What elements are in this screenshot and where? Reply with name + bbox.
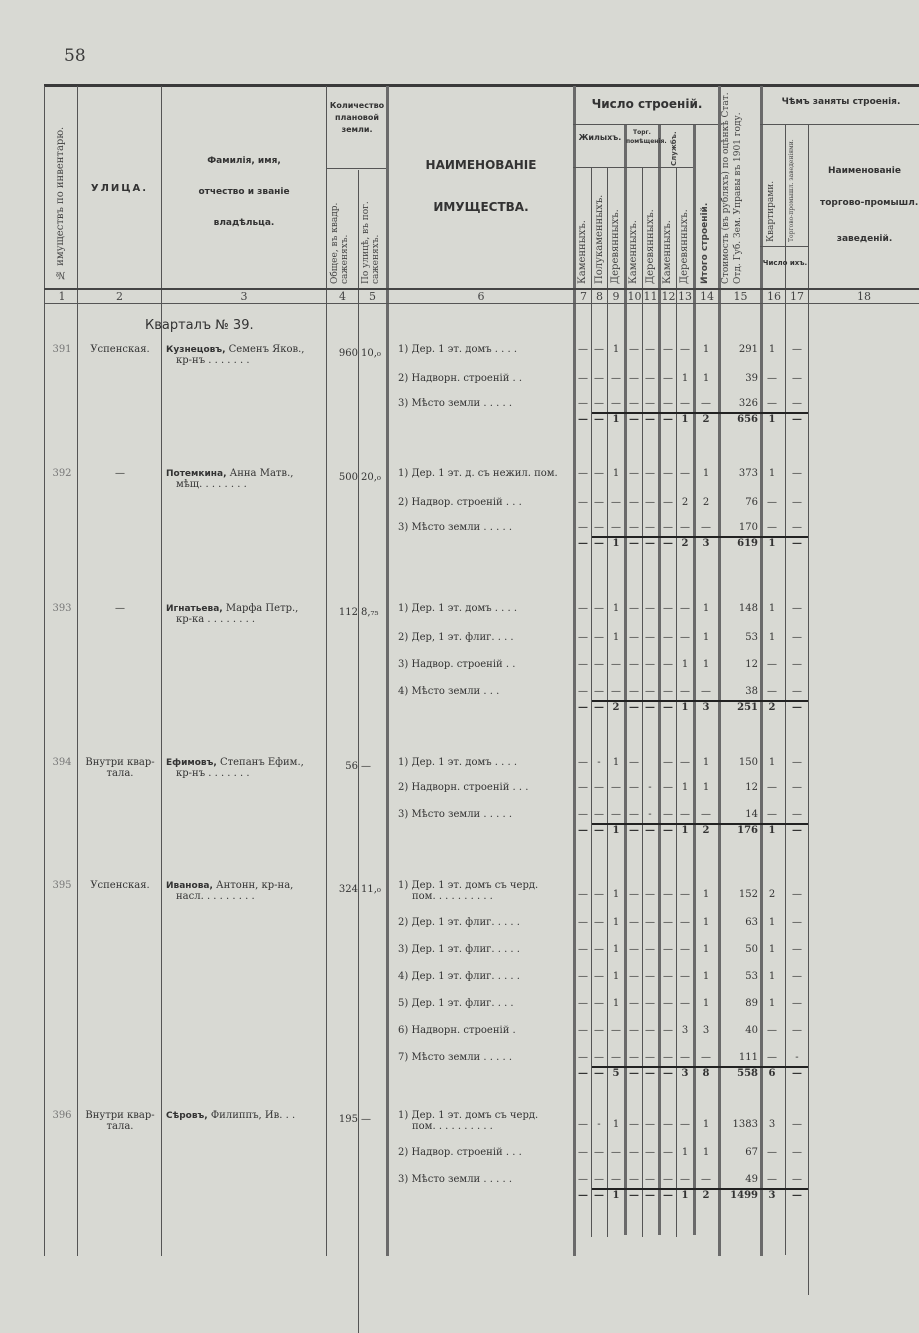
street: — <box>80 603 160 614</box>
total-apartments: 3 <box>765 1190 779 1201</box>
apartments-count: 1 <box>765 917 779 928</box>
column-number: 5 <box>359 290 386 303</box>
building-count: — <box>576 1119 590 1130</box>
trade-count: — <box>790 1147 804 1158</box>
building-count: 2 <box>699 497 713 508</box>
header-street-length: По улицѣ, въ пог. саженяхъ. <box>361 172 385 284</box>
property-item: 3) Мѣсто земли . . . . . <box>398 522 512 533</box>
total-building-count: — <box>627 702 641 713</box>
col-divider <box>77 86 78 1256</box>
building-count: — <box>661 497 675 508</box>
building-count: — <box>576 889 590 900</box>
total-building-count: — <box>643 538 657 549</box>
total-building-count: — <box>643 1068 657 1079</box>
cost-value: 373 <box>718 468 758 479</box>
building-count: 1 <box>678 782 692 793</box>
header-inventory-number: № имуществъ по инвентарю. <box>55 100 66 280</box>
trade-count: - <box>790 1052 804 1063</box>
header-col7: Каменныхъ. <box>577 172 588 284</box>
building-count: — <box>643 659 657 670</box>
table-top-border <box>44 84 919 87</box>
total-building-count: — <box>592 414 606 425</box>
building-count: — <box>627 468 641 479</box>
apartments-count: — <box>765 1052 779 1063</box>
building-count: — <box>699 809 713 820</box>
building-count: — <box>643 497 657 508</box>
cost-value: 49 <box>718 1174 758 1185</box>
header-divider <box>326 168 386 169</box>
cost-value: 1383 <box>718 1119 758 1130</box>
total-building-count: — <box>592 702 606 713</box>
total-cost: 558 <box>718 1068 758 1079</box>
building-count: — <box>643 1147 657 1158</box>
total-area: 56 <box>328 761 358 772</box>
building-count: — <box>627 659 641 670</box>
building-count: — <box>627 889 641 900</box>
building-count: — <box>627 1119 641 1130</box>
cost-value: 170 <box>718 522 758 533</box>
property-item: 1) Дер. 1 эт. домъ съ черд. <box>398 880 538 891</box>
building-count: — <box>661 344 675 355</box>
header-divider <box>760 246 808 247</box>
trade-count: — <box>790 344 804 355</box>
property-item: 1) Дер. 1 эт. д. съ нежил. пом. <box>398 468 558 479</box>
owner-name: Сѣровъ, Филиппъ, Ив. . . <box>166 1110 324 1121</box>
building-count: — <box>678 944 692 955</box>
total-building-count: — <box>643 702 657 713</box>
building-count: — <box>643 971 657 982</box>
cost-value: 111 <box>718 1052 758 1063</box>
column-number: 7 <box>576 290 591 303</box>
building-count: — <box>627 398 641 409</box>
building-count: 1 <box>699 1119 713 1130</box>
building-count: — <box>661 468 675 479</box>
building-count: — <box>661 1119 675 1130</box>
property-item: 6) Надворн. строеній . <box>398 1025 516 1036</box>
building-count: — <box>661 632 675 643</box>
street-length: — <box>361 761 386 772</box>
total-area: 112 <box>328 607 358 618</box>
total-building-count: 2 <box>699 825 713 836</box>
cost-value: 12 <box>718 782 758 793</box>
owner-name: Ефимовъ, Степанъ Ефим., <box>166 757 324 768</box>
property-item: 4) Дер. 1 эт. флиг. . . . . <box>398 971 520 982</box>
cost-value: 152 <box>718 889 758 900</box>
building-count: — <box>661 522 675 533</box>
trade-count: — <box>790 1174 804 1185</box>
property-item: 3) Дер. 1 эт. флиг. . . . . <box>398 944 520 955</box>
total-building-count: — <box>661 825 675 836</box>
building-count: — <box>627 1025 641 1036</box>
cost-value: 291 <box>718 344 758 355</box>
building-count: — <box>661 1174 675 1185</box>
building-count: — <box>592 497 606 508</box>
owner-surname: Иванова, <box>166 881 216 891</box>
building-count: — <box>678 998 692 1009</box>
building-count: — <box>627 373 641 384</box>
building-count: — <box>627 782 641 793</box>
owner-estate: насл. . . . . . . . . <box>176 891 324 902</box>
cost-value: 89 <box>718 998 758 1009</box>
column-number: 4 <box>327 290 358 303</box>
building-count: — <box>627 632 641 643</box>
property-item: 2) Надворн. строеній . . <box>398 373 522 384</box>
property-item: 5) Дер. 1 эт. флиг. . . . <box>398 998 514 1009</box>
building-count: - <box>592 1119 606 1130</box>
owner-surname: Потемкина, <box>166 469 230 479</box>
street-length: 10,₀ <box>361 348 386 359</box>
building-count: — <box>627 497 641 508</box>
apartments-count: 1 <box>765 998 779 1009</box>
col-divider <box>161 86 162 1256</box>
total-building-count: — <box>627 825 641 836</box>
building-count: — <box>592 344 606 355</box>
owner-surname: Ефимовъ, <box>166 758 220 768</box>
building-count: — <box>678 398 692 409</box>
property-item: 3) Мѣсто земли . . . . . <box>398 398 512 409</box>
apartments-count: 1 <box>765 757 779 768</box>
building-count: — <box>661 809 675 820</box>
building-count: — <box>576 1025 590 1036</box>
cost-value: 148 <box>718 603 758 614</box>
building-count: 1 <box>699 603 713 614</box>
building-count: — <box>627 917 641 928</box>
cost-value: 38 <box>718 686 758 697</box>
total-building-count: 1 <box>609 825 623 836</box>
building-count: 1 <box>609 971 623 982</box>
street-continued: тала. <box>80 1121 160 1132</box>
total-building-count: — <box>576 702 590 713</box>
building-count: — <box>592 603 606 614</box>
total-building-count: 5 <box>609 1068 623 1079</box>
building-count: 1 <box>609 344 623 355</box>
building-count: 1 <box>699 468 713 479</box>
building-count: — <box>592 1174 606 1185</box>
building-count: 1 <box>609 889 623 900</box>
building-count: — <box>678 917 692 928</box>
owner-estate: кр-нъ . . . . . . . <box>176 768 324 779</box>
building-count: 1 <box>699 659 713 670</box>
building-count: — <box>592 998 606 1009</box>
building-count: — <box>609 373 623 384</box>
street: — <box>80 468 160 479</box>
building-count: — <box>678 522 692 533</box>
building-count: — <box>576 468 590 479</box>
building-count: 3 <box>678 1025 692 1036</box>
total-building-count: — <box>643 1190 657 1201</box>
building-count: — <box>627 809 641 820</box>
header-owner-line1: Фамилія, имя, <box>162 156 326 166</box>
building-count: — <box>576 686 590 697</box>
col-divider <box>607 167 608 1237</box>
building-count: 1 <box>609 757 623 768</box>
building-count: — <box>627 971 641 982</box>
column-number: 8 <box>592 290 607 303</box>
total-area: 324 <box>328 884 358 895</box>
building-count: — <box>576 1174 590 1185</box>
building-count: — <box>661 659 675 670</box>
owner-surname: Кузнецовъ, <box>166 345 229 355</box>
total-building-count: — <box>661 1190 675 1201</box>
header-col9: Деревянныхъ. <box>610 172 621 284</box>
building-count: — <box>643 373 657 384</box>
apartments-count: — <box>765 686 779 697</box>
total-building-count: 2 <box>699 414 713 425</box>
cost-value: 76 <box>718 497 758 508</box>
column-number: 2 <box>78 290 161 303</box>
cost-value: 12 <box>718 659 758 670</box>
total-trade: — <box>790 1190 804 1201</box>
total-building-count: 1 <box>678 414 692 425</box>
total-building-count: — <box>661 538 675 549</box>
building-count: — <box>592 809 606 820</box>
building-count: — <box>609 1174 623 1185</box>
building-count: — <box>699 398 713 409</box>
trade-count: — <box>790 889 804 900</box>
trade-count: — <box>790 468 804 479</box>
building-count: — <box>609 782 623 793</box>
owner-given-name: Анна Матв., <box>230 468 294 479</box>
owner-given-name: Марфа Петр., <box>226 603 299 614</box>
column-number: 15 <box>721 290 760 303</box>
building-count: — <box>661 757 675 768</box>
street: Успенская. <box>80 880 160 891</box>
property-item: 2) Надвор. строеній . . . <box>398 1147 522 1158</box>
trade-count: — <box>790 603 804 614</box>
cost-value: 326 <box>718 398 758 409</box>
property-item: 1) Дер. 1 эт. домъ . . . . <box>398 757 517 768</box>
total-building-count: — <box>627 538 641 549</box>
building-count: — <box>678 632 692 643</box>
header-col18-line2: торгово-промышл. <box>810 198 919 208</box>
apartments-count: 1 <box>765 971 779 982</box>
building-count: — <box>592 971 606 982</box>
header-divider <box>573 124 718 125</box>
trade-count: — <box>790 1119 804 1130</box>
header-col18-line1: Наименованіе <box>810 166 919 176</box>
building-count: — <box>643 398 657 409</box>
building-count: — <box>643 632 657 643</box>
building-count: — <box>576 373 590 384</box>
total-area: 195 <box>328 1114 358 1125</box>
building-count: — <box>661 944 675 955</box>
building-count: — <box>627 603 641 614</box>
total-building-count: — <box>576 414 590 425</box>
cost-value: 14 <box>718 809 758 820</box>
total-building-count: — <box>576 825 590 836</box>
street-continued: тала. <box>80 768 160 779</box>
building-count: — <box>643 468 657 479</box>
building-count: — <box>576 809 590 820</box>
total-building-count: — <box>592 538 606 549</box>
total-trade: — <box>790 825 804 836</box>
building-count: — <box>627 944 641 955</box>
total-apartments: 2 <box>765 702 779 713</box>
header-col10: Каменныхъ. <box>628 172 639 284</box>
building-count: — <box>661 686 675 697</box>
header-col16: Квартирами. <box>766 130 776 242</box>
building-count: 1 <box>678 1147 692 1158</box>
owner-surname: Сѣровъ, <box>166 1111 211 1121</box>
trade-count: — <box>790 782 804 793</box>
header-col18-line3: заведеній. <box>810 234 919 244</box>
building-count: 1 <box>699 1147 713 1158</box>
total-trade: — <box>790 414 804 425</box>
building-count: - <box>592 757 606 768</box>
inventory-number: 394 <box>46 757 78 768</box>
building-count: — <box>643 1174 657 1185</box>
building-count: 1 <box>699 782 713 793</box>
header-street: УЛИЦА. <box>78 183 161 194</box>
building-count: — <box>592 1025 606 1036</box>
owner-given-name: Филиппъ, Ив. . . <box>211 1110 295 1121</box>
building-count: — <box>661 998 675 1009</box>
building-count: — <box>576 659 590 670</box>
building-count: — <box>678 1174 692 1185</box>
cost-value: 50 <box>718 944 758 955</box>
building-count: — <box>627 757 641 768</box>
total-building-count: — <box>661 414 675 425</box>
building-count: — <box>627 998 641 1009</box>
building-count: — <box>661 917 675 928</box>
building-count: — <box>576 1052 590 1063</box>
building-count: — <box>661 889 675 900</box>
building-count: 1 <box>678 659 692 670</box>
col-divider <box>573 86 576 1256</box>
building-count: — <box>609 1052 623 1063</box>
building-count: — <box>678 1052 692 1063</box>
total-trade: — <box>790 702 804 713</box>
cost-value: 39 <box>718 373 758 384</box>
owner-name: Кузнецовъ, Семенъ Яков., <box>166 344 324 355</box>
total-building-count: — <box>643 825 657 836</box>
header-col15: Стоимость (въ рубляхъ) по оцѣнкѣ Стат. О… <box>720 92 758 284</box>
col-divider <box>676 167 677 1237</box>
header-col12: Каменныхъ. <box>662 172 673 284</box>
building-count: — <box>592 632 606 643</box>
owner-estate: мѣщ. . . . . . . . <box>176 479 324 490</box>
building-count: - <box>643 809 657 820</box>
column-number: 12 <box>661 290 676 303</box>
building-count: — <box>678 344 692 355</box>
owner-given-name: Степанъ Ефим., <box>220 757 304 768</box>
building-count: — <box>592 917 606 928</box>
building-count: 1 <box>609 944 623 955</box>
header-col13: Деревянныхъ. <box>679 172 690 284</box>
street-length: 20,₀ <box>361 472 386 483</box>
building-count: — <box>661 1052 675 1063</box>
property-item: 2) Дер, 1 эт. флиг. . . . <box>398 632 514 643</box>
building-count: — <box>643 344 657 355</box>
building-count: — <box>576 632 590 643</box>
total-apartments: 1 <box>765 414 779 425</box>
total-building-count: — <box>627 414 641 425</box>
building-count: — <box>661 1025 675 1036</box>
header-divider <box>760 124 919 125</box>
header-col17: Торгово-промышл. заведеніями. <box>788 130 806 242</box>
building-count: — <box>592 686 606 697</box>
building-count: — <box>592 944 606 955</box>
building-count: — <box>576 971 590 982</box>
building-count: — <box>576 344 590 355</box>
building-count: — <box>678 603 692 614</box>
apartments-count: 1 <box>765 603 779 614</box>
column-number: 6 <box>389 290 573 303</box>
property-item: 3) Мѣсто земли . . . . . <box>398 1174 512 1185</box>
total-building-count: — <box>592 1190 606 1201</box>
inventory-number: 391 <box>46 344 78 355</box>
property-item: 2) Надворн. строеній . . . <box>398 782 528 793</box>
building-count: 1 <box>699 344 713 355</box>
property-item: 3) Мѣсто земли . . . . . <box>398 809 512 820</box>
building-count: 1 <box>699 944 713 955</box>
building-count: — <box>576 917 590 928</box>
apartments-count: — <box>765 1147 779 1158</box>
total-building-count: 3 <box>678 1068 692 1079</box>
apartments-count: 2 <box>765 889 779 900</box>
building-count: 1 <box>609 1119 623 1130</box>
total-apartments: 6 <box>765 1068 779 1079</box>
total-building-count: 1 <box>678 1190 692 1201</box>
total-building-count: 1 <box>678 825 692 836</box>
cost-value: 67 <box>718 1147 758 1158</box>
header-land-group: Количество плановой земли. <box>328 100 386 136</box>
total-building-count: 8 <box>699 1068 713 1079</box>
apartments-count: 1 <box>765 944 779 955</box>
property-item: 1) Дер. 1 эт. домъ . . . . <box>398 344 517 355</box>
building-count: — <box>592 1147 606 1158</box>
col-divider <box>326 86 327 1256</box>
column-number: 13 <box>677 290 693 303</box>
apartments-count: — <box>765 659 779 670</box>
building-count: — <box>576 757 590 768</box>
total-building-count: 2 <box>678 538 692 549</box>
building-count: — <box>576 782 590 793</box>
building-count: — <box>678 809 692 820</box>
building-count: 1 <box>609 603 623 614</box>
inventory-number: 392 <box>46 468 78 479</box>
building-count: — <box>609 809 623 820</box>
inventory-number: 396 <box>46 1110 78 1121</box>
column-number: 10 <box>627 290 642 303</box>
header-property-line2: ИМУЩЕСТВА. <box>389 200 573 214</box>
apartments-count: — <box>765 1025 779 1036</box>
property-item: 2) Надвор. строеній . . . <box>398 497 522 508</box>
trade-count: — <box>790 971 804 982</box>
building-count: — <box>643 917 657 928</box>
column-number: 14 <box>696 290 718 303</box>
header-col11: Деревянныхъ. <box>645 172 656 284</box>
building-count: — <box>627 1174 641 1185</box>
apartments-count: — <box>765 1174 779 1185</box>
owner-given-name: Семенъ Яков., <box>229 344 305 355</box>
building-count: 1 <box>699 917 713 928</box>
total-building-count: — <box>627 1068 641 1079</box>
building-count: 1 <box>699 632 713 643</box>
column-number: 1 <box>48 290 76 303</box>
building-count: — <box>661 1147 675 1158</box>
building-count: — <box>643 1052 657 1063</box>
colnum-bottom-border <box>44 303 919 304</box>
total-building-count: — <box>576 538 590 549</box>
building-count: — <box>609 522 623 533</box>
building-count: — <box>627 1147 641 1158</box>
building-count: — <box>592 782 606 793</box>
apartments-count: 1 <box>765 632 779 643</box>
trade-count: — <box>790 757 804 768</box>
apartments-count: — <box>765 398 779 409</box>
header-col14: Итого строеній. <box>700 172 710 284</box>
